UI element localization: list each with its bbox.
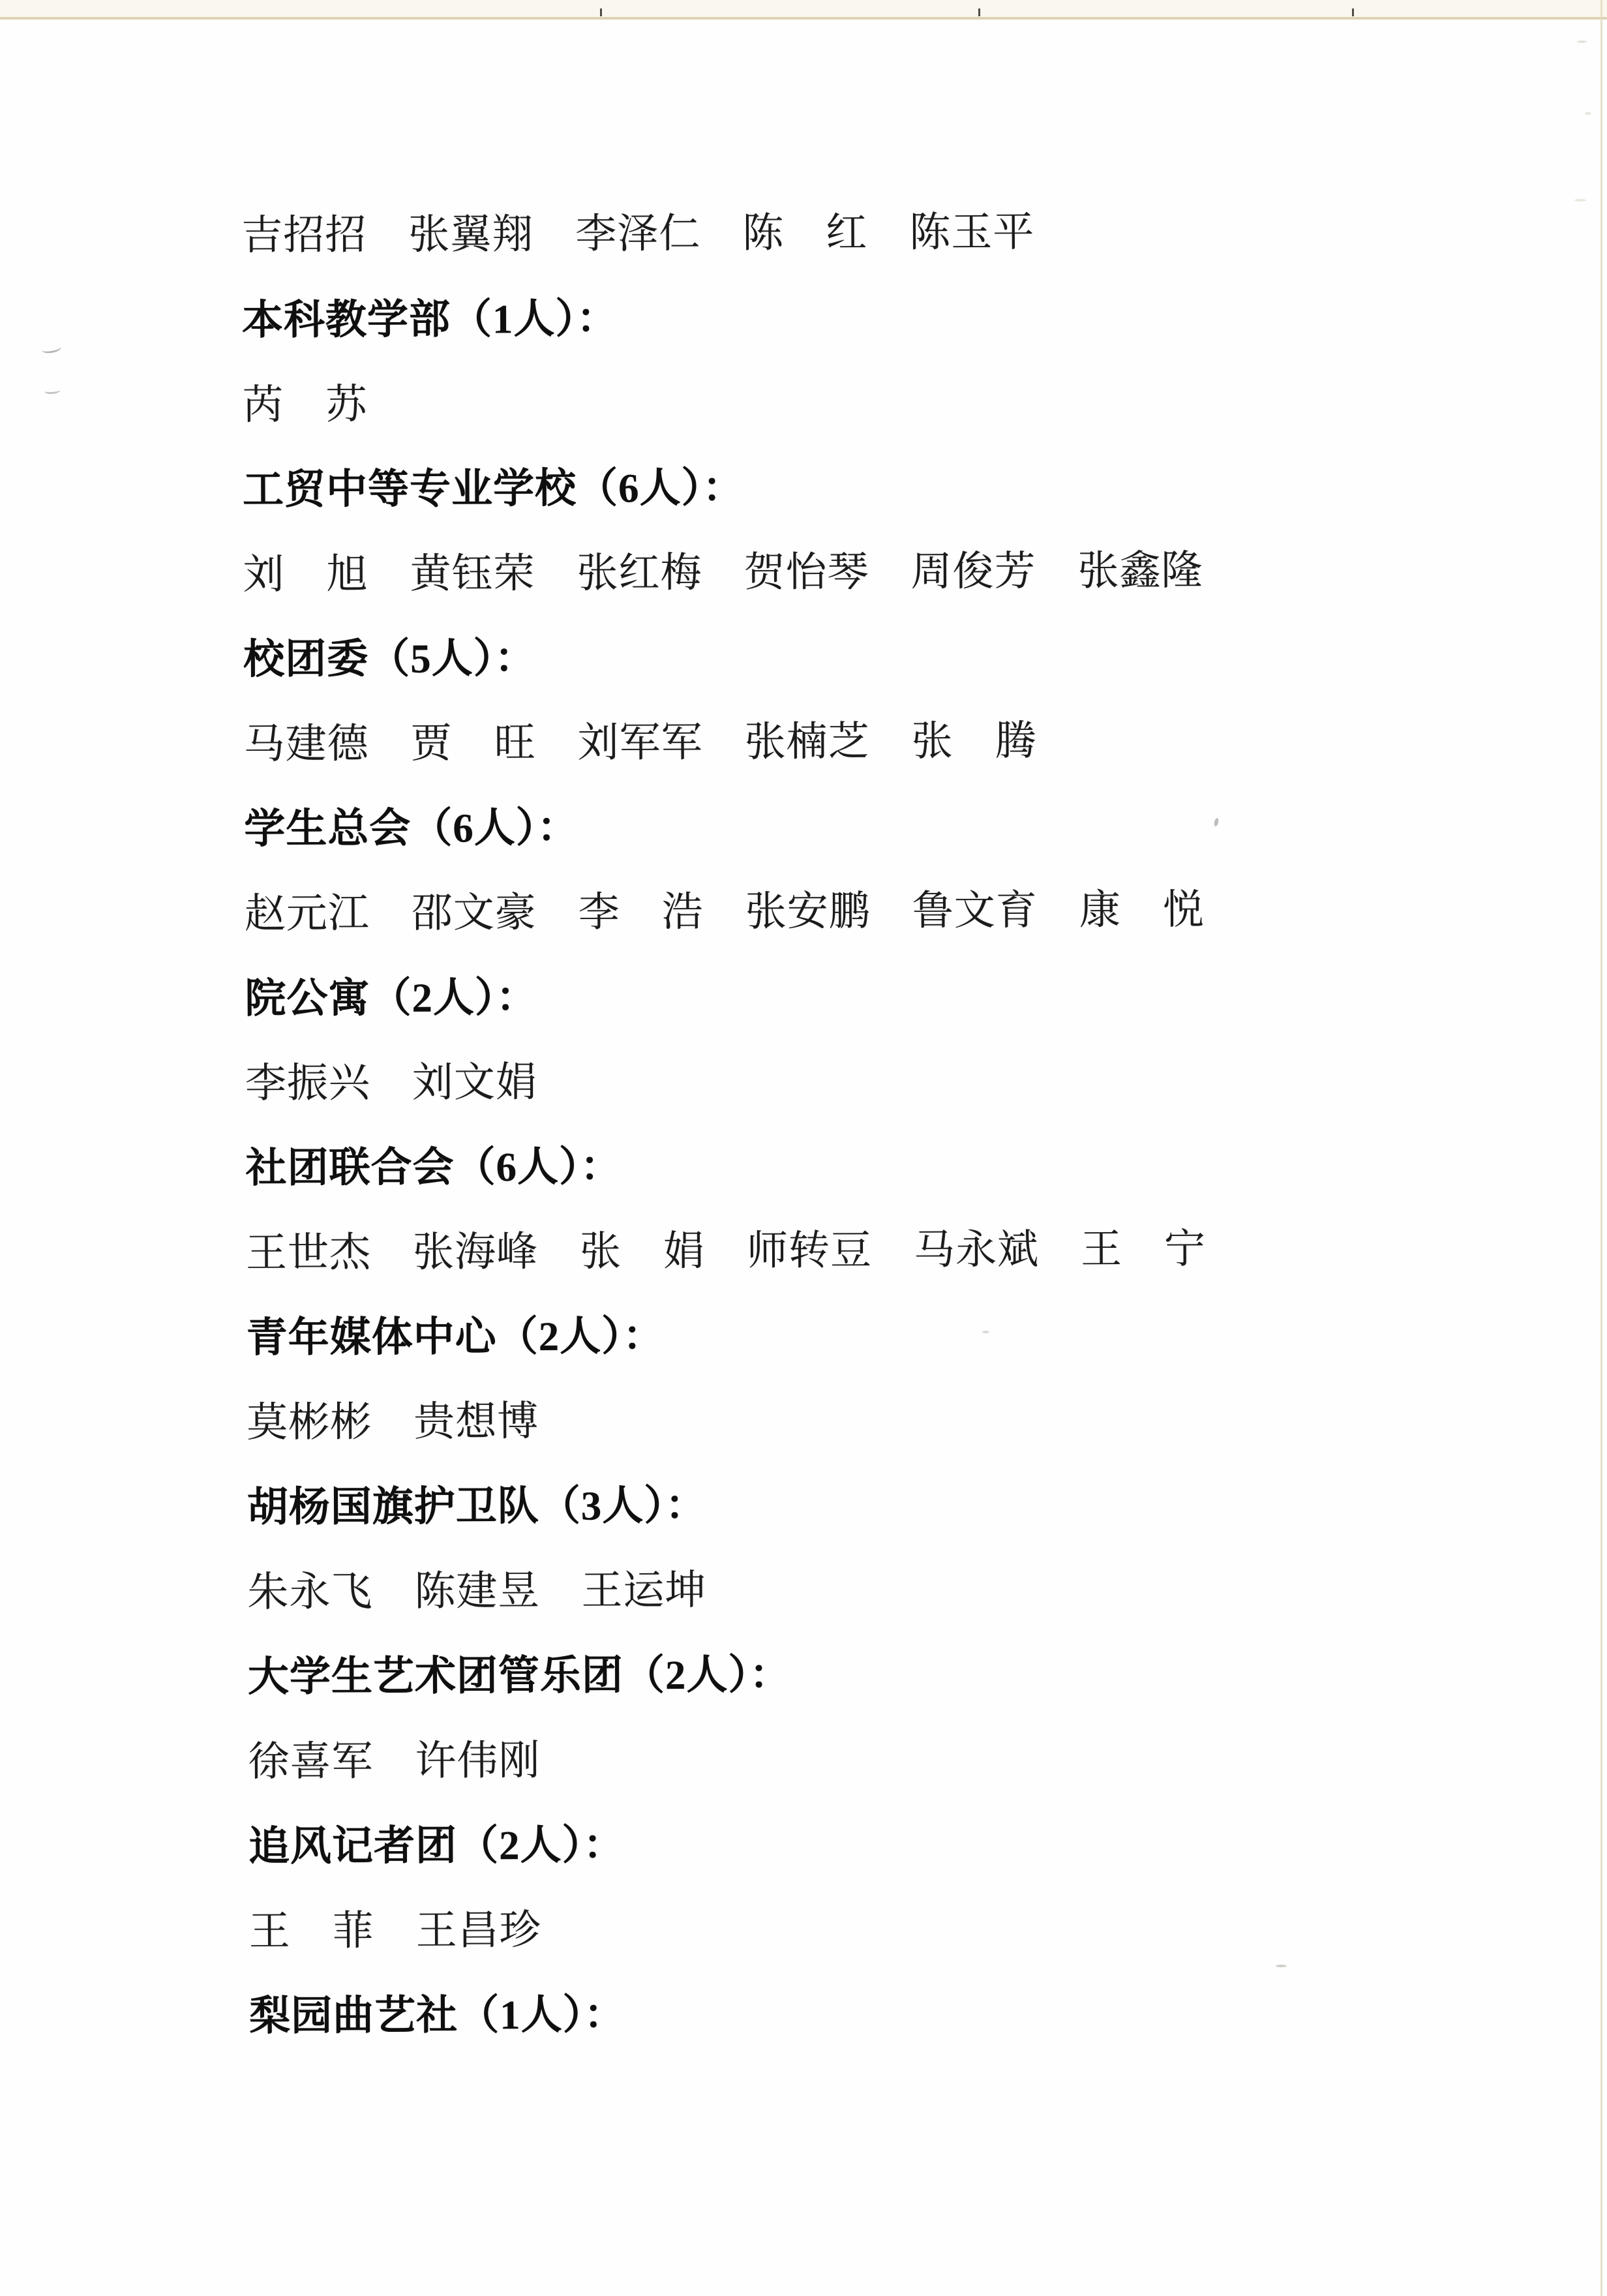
names-line: 赵元江 邵文豪 李 浩 张安鹏 鲁文育 康 悦 bbox=[245, 868, 1205, 956]
scan-speck bbox=[41, 342, 62, 354]
section-heading: 胡杨国旗护卫队（3人）： bbox=[247, 1461, 1208, 1550]
names-line: 刘 旭 黄钰荣 张红梅 贺怡琴 周俊芳 张鑫隆 bbox=[243, 528, 1203, 617]
scan-tick-mark bbox=[600, 8, 602, 16]
scan-speck bbox=[1214, 817, 1220, 826]
section-heading: 社团联合会（6人）： bbox=[245, 1122, 1206, 1211]
section-heading: 本科教学部（1人）： bbox=[242, 274, 1203, 363]
scan-top-edge-artifact bbox=[0, 0, 1607, 20]
section-heading: 追风记者团（2人）： bbox=[248, 1800, 1209, 1889]
names-line: 马建德 贾 旺 刘军军 张楠芝 张 腾 bbox=[243, 698, 1204, 787]
section-heading: 大学生艺术团管乐团（2人）： bbox=[248, 1631, 1209, 1719]
names-line: 朱永飞 陈建昱 王运坤 bbox=[247, 1546, 1208, 1635]
names-line: 莫彬彬 贵想博 bbox=[247, 1376, 1207, 1465]
names-line: 王世杰 张海峰 张 娟 师转豆 马永斌 王 宁 bbox=[246, 1207, 1207, 1295]
names-line: 李振兴 刘文娟 bbox=[245, 1037, 1206, 1126]
names-line: 徐喜军 许伟刚 bbox=[248, 1715, 1209, 1804]
names-line-continuation: 吉招招 张翼翔 李泽仁 陈 红 陈玉平 bbox=[241, 189, 1202, 278]
names-line: 王 菲 王昌珍 bbox=[248, 1885, 1209, 1974]
scan-tick-mark bbox=[1352, 8, 1354, 16]
scan-speck bbox=[44, 387, 61, 395]
scan-speck bbox=[1585, 112, 1591, 115]
scan-speck bbox=[1276, 1965, 1287, 1967]
section-heading: 工贸中等专业学校（6人）： bbox=[243, 444, 1203, 532]
section-heading: 学生总会（6人）： bbox=[244, 783, 1205, 871]
section-heading: 校团委（5人）： bbox=[243, 613, 1204, 702]
document-text-block: 吉招招 张翼翔 李泽仁 陈 红 陈玉平本科教学部（1人）：芮 苏工贸中等专业学校… bbox=[241, 189, 1209, 2059]
scan-tick-mark bbox=[978, 8, 980, 16]
section-heading: 青年媒体中心（2人）： bbox=[246, 1291, 1207, 1380]
scanned-document-page: 吉招招 张翼翔 李泽仁 陈 红 陈玉平本科教学部（1人）：芮 苏工贸中等专业学校… bbox=[0, 0, 1607, 2296]
section-heading: 院公寓（2人）： bbox=[245, 952, 1205, 1041]
scan-speck bbox=[1574, 199, 1586, 202]
scan-right-edge-artifact bbox=[1600, 0, 1602, 2296]
names-line: 芮 苏 bbox=[242, 359, 1203, 447]
section-heading: 梨园曲艺社（1人）： bbox=[249, 1970, 1210, 2059]
scan-speck bbox=[1577, 40, 1587, 43]
